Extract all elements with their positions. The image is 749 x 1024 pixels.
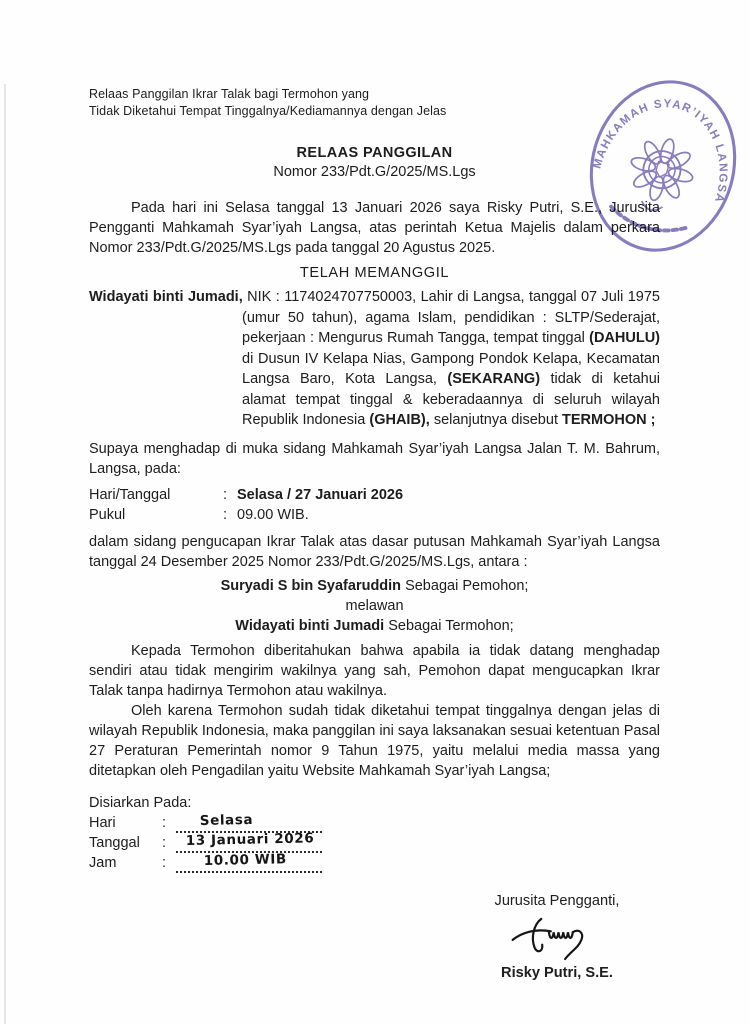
colon-separator: :: [162, 853, 176, 873]
schedule-value: Selasa / 27 Januari 2026: [237, 485, 403, 505]
schedule-row-time: Pukul : 09.00 WIB.: [89, 505, 660, 525]
dotted-fill-line: 10.00 WIB: [176, 856, 322, 873]
signature-block: Jurusita Pengganti, Risky Putri, S.E.: [436, 891, 678, 983]
summons-document-page: Relaas Panggilan Ikrar Talak bagi Termoh…: [0, 0, 749, 1024]
schedule-value: 09.00 WIB.: [237, 505, 309, 525]
colon-separator: :: [162, 813, 176, 833]
respondent-identity-paragraph: Widayati binti Jumadi, NIK : 11740247077…: [89, 287, 660, 431]
notice-paragraph: Kepada Termohon diberitahukan bahwa apab…: [89, 641, 660, 701]
handwritten-time: 10.00 WIB: [204, 849, 287, 871]
colon-separator: :: [223, 485, 237, 505]
case-number: Nomor 233/Pdt.G/2025/MS.Lgs: [89, 163, 660, 182]
parties-block: Suryadi S bin Syafaruddin Sebagai Pemoho…: [89, 576, 660, 636]
signature-role: Jurusita Pengganti,: [436, 891, 678, 911]
handwritten-day: Selasa: [200, 809, 254, 830]
hearing-paragraph: dalam sidang pengucapan Ikrar Talak atas…: [89, 532, 660, 572]
colon-separator: :: [223, 505, 237, 525]
broadcast-label: Jam: [89, 853, 162, 873]
section-heading: TELAH MEMANGGIL: [89, 263, 660, 284]
broadcast-row-hari: Hari : Selasa: [89, 813, 660, 833]
schedule-label: Hari/Tanggal: [89, 485, 223, 505]
petitioner-line: Suryadi S bin Syafaruddin Sebagai Pemoho…: [89, 576, 660, 596]
header-note-line2: Tidak Diketahui Tempat Tinggalnya/Kediam…: [89, 103, 660, 120]
title-block: RELAAS PANGGILAN Nomor 233/Pdt.G/2025/MS…: [89, 144, 660, 182]
appear-paragraph: Supaya menghadap di muka sidang Mahkamah…: [89, 439, 660, 479]
respondent-line: Widayati binti Jumadi Sebagai Termohon;: [89, 616, 660, 636]
hearing-schedule: Hari/Tanggal : Selasa / 27 Januari 2026 …: [89, 485, 660, 525]
broadcast-block: Disiarkan Pada: Hari : Selasa Tanggal : …: [89, 793, 660, 873]
broadcast-row-jam: Jam : 10.00 WIB: [89, 853, 660, 873]
header-note-line1: Relaas Panggilan Ikrar Talak bagi Termoh…: [89, 86, 660, 103]
handwritten-date: 13 Januari 2026: [186, 828, 315, 851]
broadcast-row-tanggal: Tanggal : 13 Januari 2026: [89, 833, 660, 853]
header-note: Relaas Panggilan Ikrar Talak bagi Termoh…: [89, 86, 660, 120]
broadcast-heading: Disiarkan Pada:: [89, 793, 660, 813]
broadcast-label: Hari: [89, 813, 162, 833]
signatory-name: Risky Putri, S.E.: [436, 963, 678, 983]
scan-artifact-line: [4, 84, 6, 1024]
colon-separator: :: [162, 833, 176, 853]
reason-paragraph: Oleh karena Termohon sudah tidak diketah…: [89, 701, 660, 781]
signature-icon: [505, 913, 610, 963]
document-title: RELAAS PANGGILAN: [89, 144, 660, 163]
schedule-label: Pukul: [89, 505, 223, 525]
schedule-row-day: Hari/Tanggal : Selasa / 27 Januari 2026: [89, 485, 660, 505]
versus-line: melawan: [89, 596, 660, 616]
broadcast-label: Tanggal: [89, 833, 162, 853]
